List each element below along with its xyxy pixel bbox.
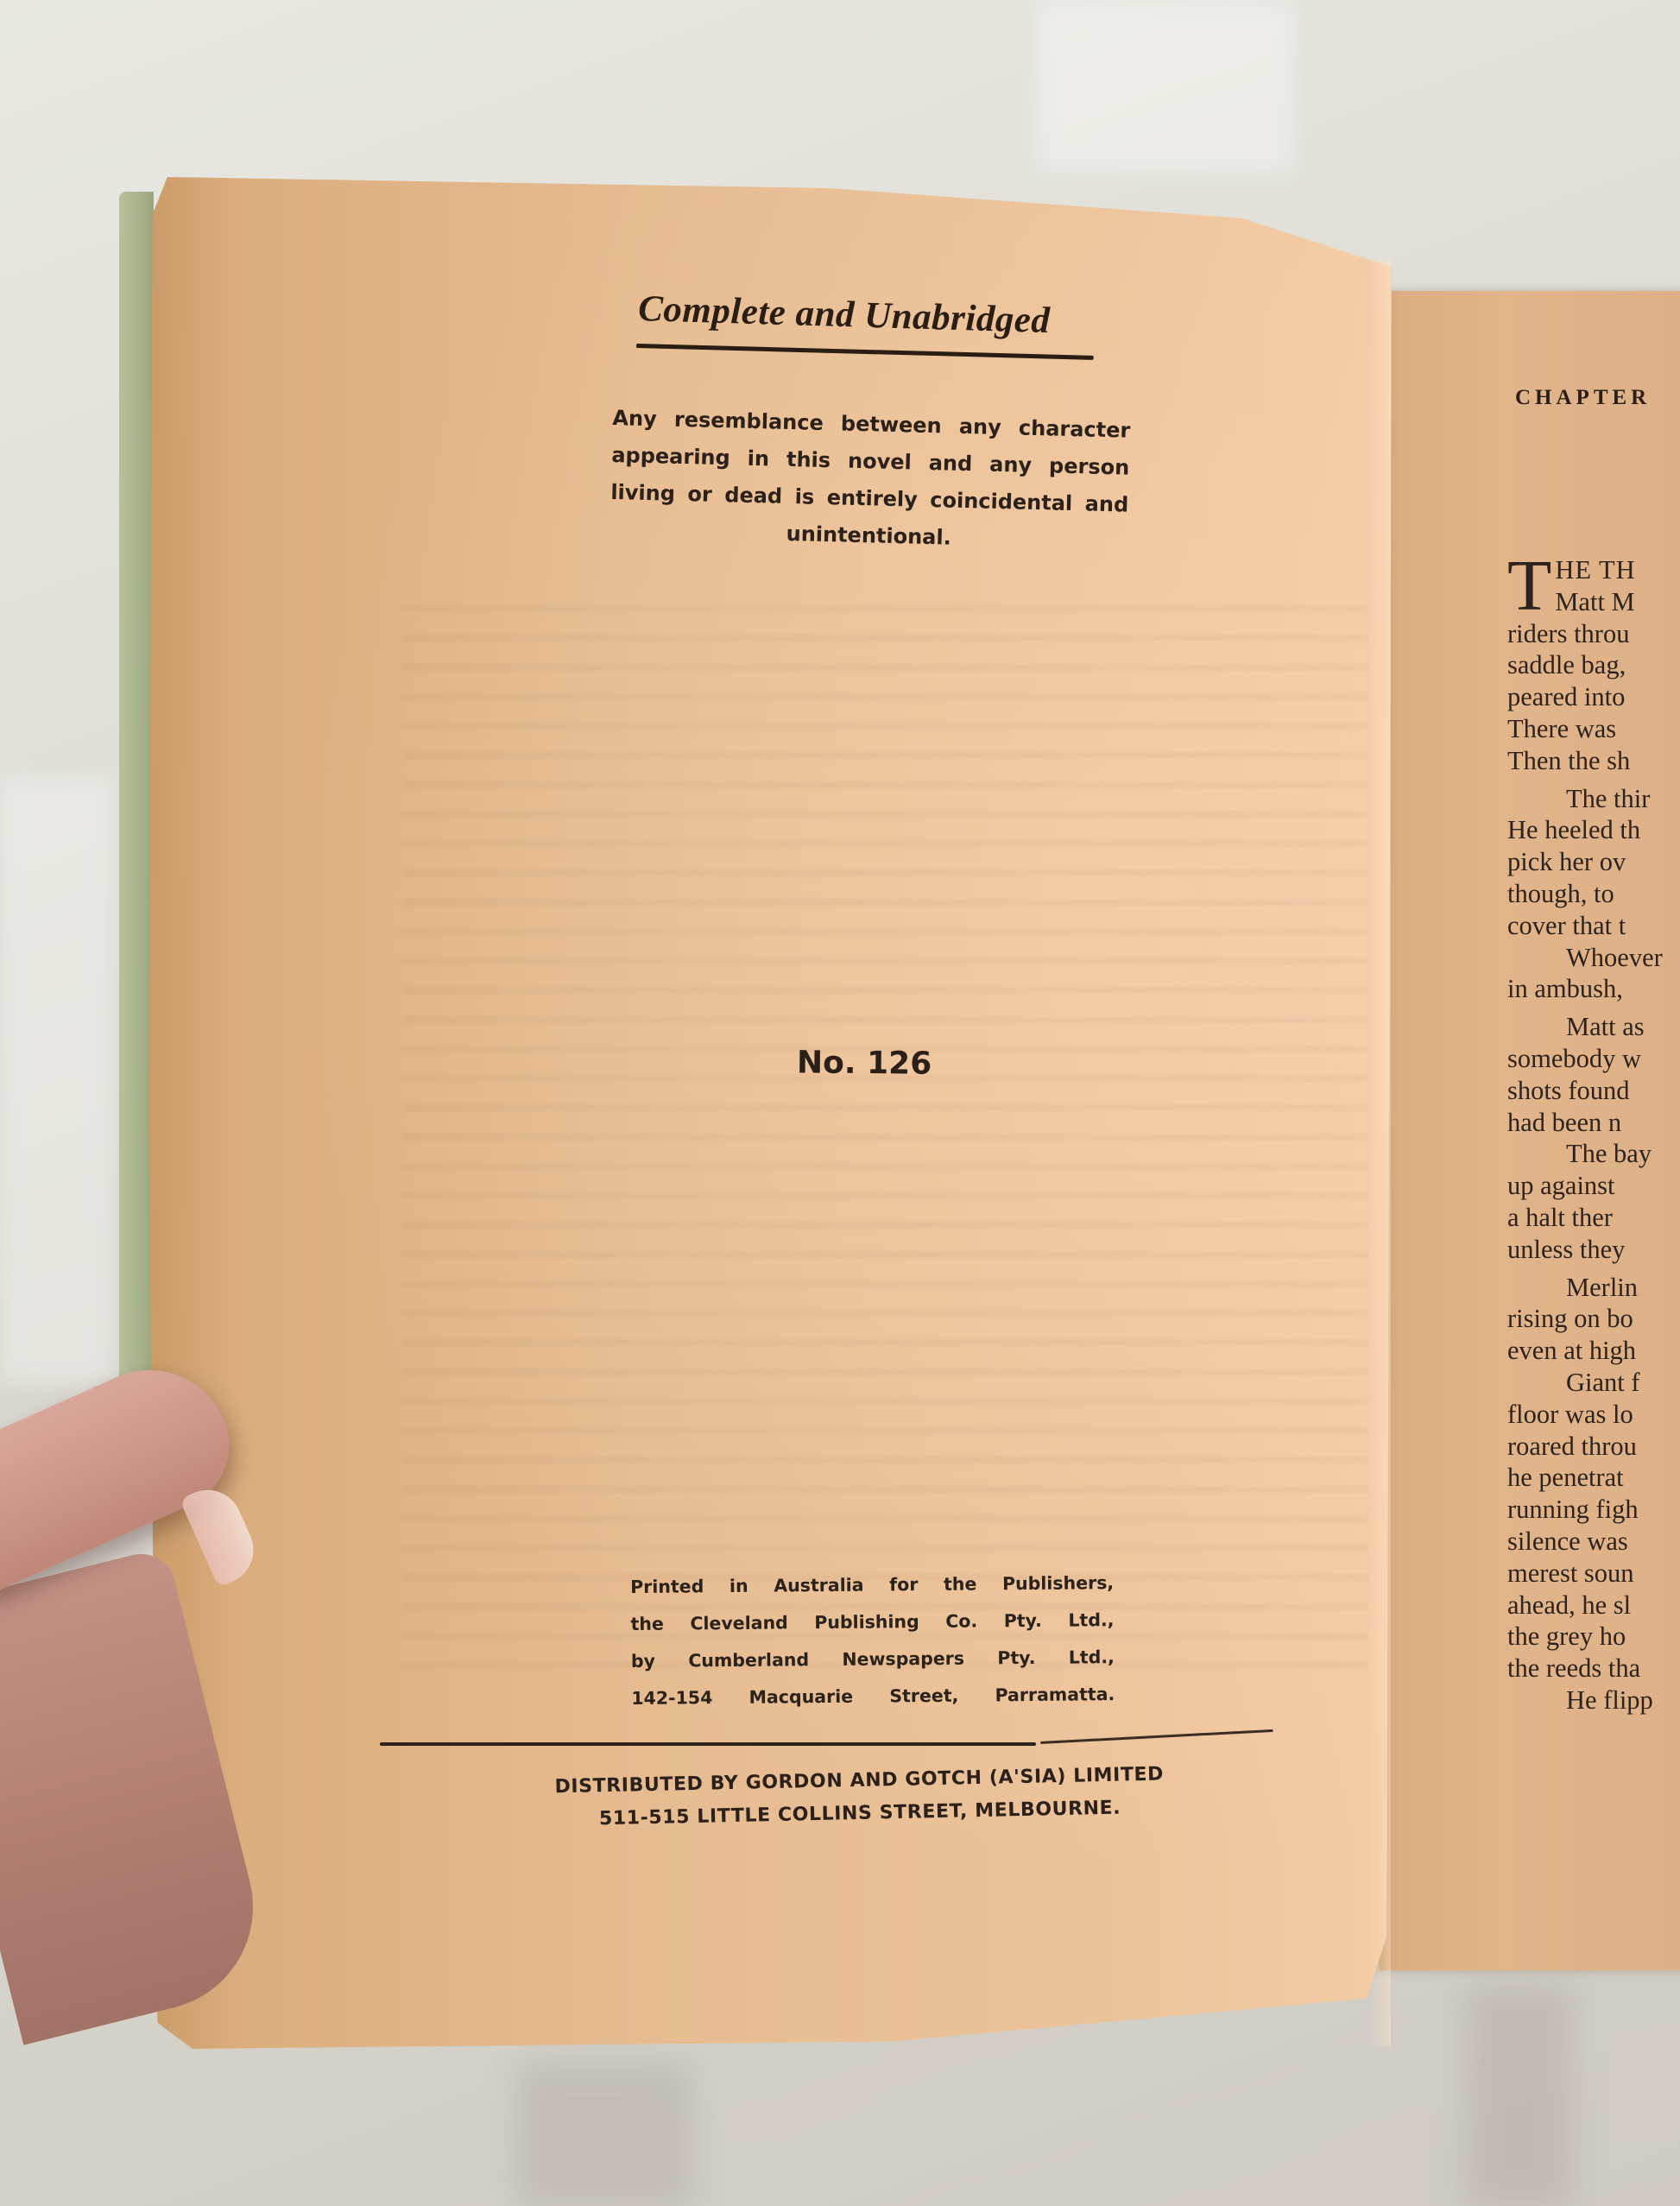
body-text-line: silence was (1507, 1526, 1680, 1558)
body-text-line: unless they (1507, 1234, 1680, 1266)
cloth-highlight (0, 777, 112, 1381)
distributor-imprint: DISTRIBUTED BY GORDON AND GOTCH (A'SIA) … (483, 1757, 1235, 1838)
imprint-line: the Cleveland Publishing Co. Pty. Ltd., (630, 1602, 1114, 1643)
bleed-through-text (401, 583, 1368, 1688)
imprint-line: 142-154 Macquarie Street, Parramatta. (631, 1676, 1115, 1717)
page-heading: Complete and Unabridged (638, 288, 1122, 344)
chapter-body-text: T HE THMatt Mriders throusaddle bag,pear… (1507, 554, 1680, 1716)
body-text-line: somebody w (1507, 1043, 1680, 1075)
drop-cap: T (1507, 556, 1551, 616)
body-text-line: up against (1507, 1170, 1680, 1202)
page-gutter (1368, 259, 1391, 2046)
body-text-line: had been n (1507, 1107, 1680, 1139)
body-text-line: There was (1507, 713, 1680, 745)
body-text-line: cover that t (1507, 910, 1680, 942)
body-text-line: The thir (1507, 783, 1680, 815)
body-text-line: He heeled th (1507, 814, 1680, 846)
body-text-line: in ambush, (1507, 973, 1680, 1005)
cloth-shadow (518, 2064, 691, 2206)
body-text-line: the reeds tha (1507, 1653, 1680, 1685)
body-text-line: he penetrat (1507, 1462, 1680, 1494)
body-text-line: the grey ho (1507, 1621, 1680, 1653)
body-text-line: saddle bag, (1507, 649, 1680, 681)
body-text-line: Giant f (1507, 1367, 1680, 1399)
body-text-line: shots found (1507, 1075, 1680, 1107)
body-text-line: Matt as (1507, 1011, 1680, 1043)
body-text-line: merest soun (1507, 1558, 1680, 1590)
printer-imprint: Printed in Australia for the Publishers,… (630, 1564, 1115, 1717)
footer-rule (380, 1742, 1036, 1746)
body-text-line: The bay (1507, 1138, 1680, 1170)
chapter-label: CHAPTER (1515, 386, 1651, 410)
body-text-line: roared throu (1507, 1431, 1680, 1463)
body-text-line: running figh (1507, 1494, 1680, 1526)
book-cover-edge (119, 192, 154, 1504)
body-text-line: riders throu (1507, 618, 1680, 650)
body-text-line: ahead, he sl (1507, 1590, 1680, 1621)
body-text-line: Then the sh (1507, 745, 1680, 777)
body-text-line: rising on bo (1507, 1303, 1680, 1335)
body-text-line: Whoever (1507, 942, 1680, 974)
imprint-line: Printed in Australia for the Publishers, (630, 1564, 1114, 1606)
left-page: Complete and Unabridged Any resemblance … (142, 177, 1392, 2049)
body-text-line: a halt ther (1507, 1202, 1680, 1234)
body-text-line: even at high (1507, 1335, 1680, 1367)
body-text-line: pick her ov (1507, 846, 1680, 878)
body-text-line: floor was lo (1507, 1399, 1680, 1431)
body-text-line: He flipp (1507, 1685, 1680, 1716)
body-text-line: Merlin (1507, 1272, 1680, 1304)
cloth-shadow (1468, 1986, 1571, 2206)
right-page: CHAPTER T HE THMatt Mriders throusaddle … (1380, 291, 1680, 1970)
heading-underline (636, 344, 1094, 360)
footer-rule-bleed (1040, 1729, 1273, 1744)
disclaimer-text: Any resemblance between any character ap… (609, 400, 1131, 561)
issue-number: No. 126 (797, 1045, 932, 1081)
body-text-line: though, to (1507, 878, 1680, 910)
cloth-highlight (1036, 0, 1295, 173)
body-text-line: peared into (1507, 681, 1680, 713)
imprint-line: by Cumberland Newspapers Pty. Ltd., (631, 1639, 1115, 1680)
